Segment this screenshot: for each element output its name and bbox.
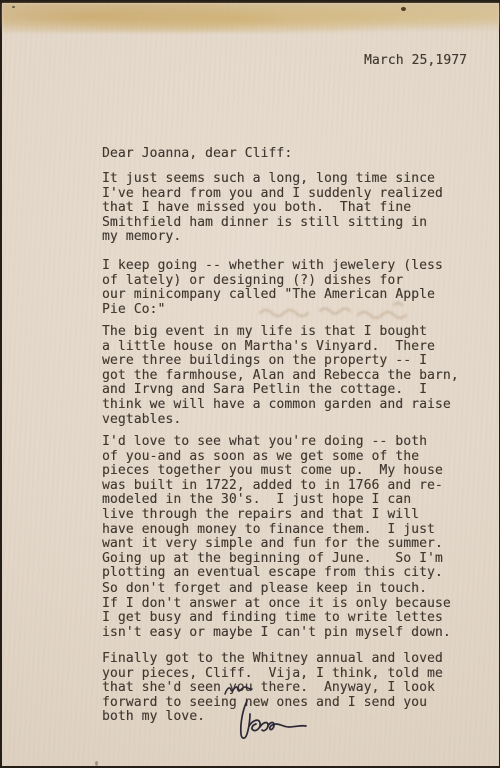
letter-paragraph-3: The big event in my life is that I bough…: [102, 325, 459, 427]
letter-date: March 25,1977: [364, 54, 467, 69]
letter-paragraph-5: So don't forget and please keep in touch…: [102, 582, 451, 640]
letter-salutation: Dear Joanna, dear Cliff:: [102, 147, 292, 162]
paper-speck: [401, 7, 406, 11]
letter-paragraph-2: I keep going -- whether with jewelery (l…: [102, 259, 443, 317]
tape-stain-band: [2, 3, 499, 33]
paper-speck: [95, 761, 98, 766]
letter-paragraph-1: It just seems such a long, long time sin…: [102, 172, 443, 245]
letter-paragraph-6: Finally got to the Whitney annual and lo…: [102, 652, 443, 725]
letter-paper: March 25,1977 Dear Joanna, dear Cliff: I…: [2, 3, 499, 766]
letter-paragraph-4: I'd love to see what you're doing -- bot…: [102, 435, 443, 581]
paper-speck: [12, 6, 15, 8]
